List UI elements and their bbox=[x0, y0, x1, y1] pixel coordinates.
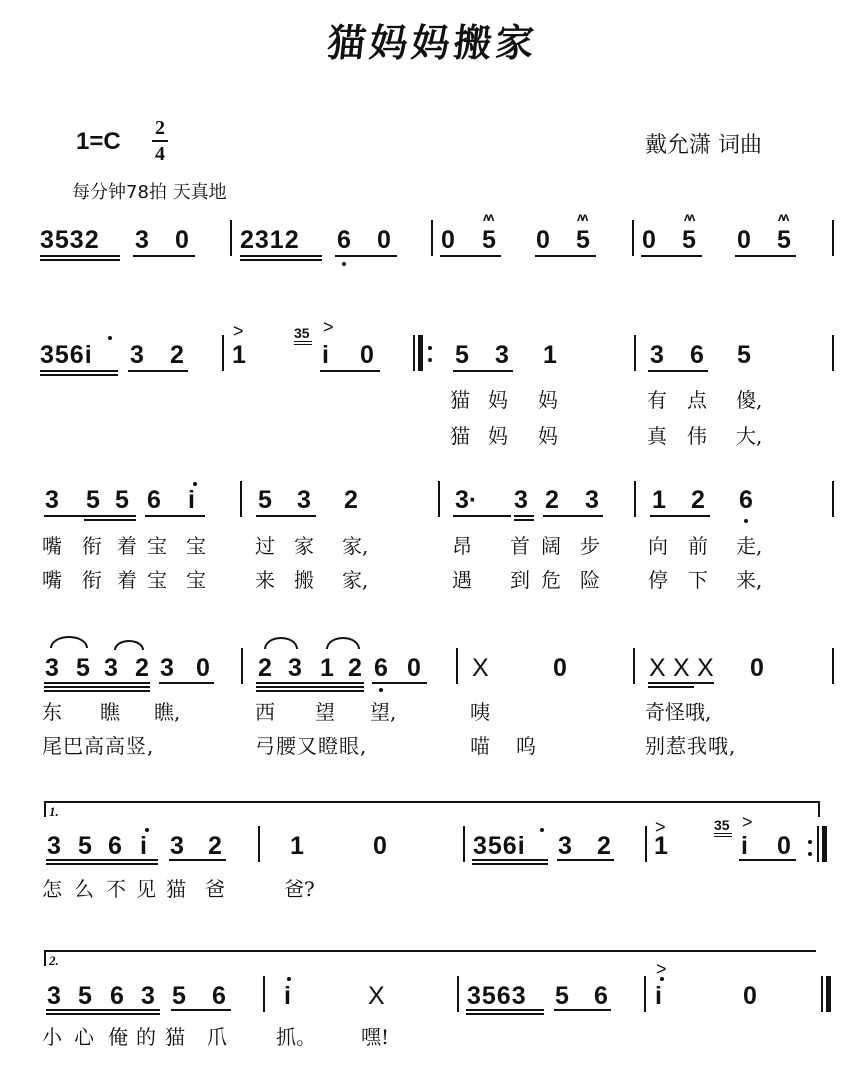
slur bbox=[50, 636, 88, 648]
high-octave-dot bbox=[287, 977, 291, 981]
note: 3 bbox=[297, 486, 311, 514]
note: 0 bbox=[373, 832, 387, 860]
lyric: 步 bbox=[580, 534, 600, 558]
note: 3 bbox=[47, 982, 61, 1010]
barline bbox=[832, 481, 834, 517]
lyric: 西 bbox=[255, 700, 275, 724]
underline bbox=[554, 1009, 611, 1011]
note: 6 bbox=[108, 832, 122, 860]
lyric: 见 bbox=[136, 877, 156, 901]
mordent-icon: ᴧᴧ bbox=[778, 212, 787, 222]
lyric: 心 bbox=[74, 1025, 94, 1049]
lyric: 过 bbox=[255, 534, 275, 558]
underline bbox=[440, 255, 501, 257]
note: 3 bbox=[45, 486, 59, 514]
grace-underline bbox=[714, 836, 732, 837]
note: 2 bbox=[208, 832, 222, 860]
lyric: 别惹我哦, bbox=[645, 734, 736, 758]
note: 5 bbox=[455, 341, 469, 369]
note: 5 bbox=[777, 226, 791, 254]
volta-bracket-2 bbox=[44, 950, 816, 966]
note-group: 356i bbox=[40, 341, 93, 369]
underline bbox=[648, 686, 694, 688]
note: 6 bbox=[337, 226, 351, 254]
high-octave-dot bbox=[193, 482, 197, 486]
lyric: 妈 bbox=[538, 388, 558, 412]
underline bbox=[159, 682, 214, 684]
repeat-start-thin bbox=[413, 335, 415, 371]
lyric: 来 bbox=[255, 568, 275, 592]
slur bbox=[114, 640, 144, 650]
note: 5 bbox=[482, 226, 496, 254]
note: 0 bbox=[377, 226, 391, 254]
lyric: 伟 bbox=[687, 424, 707, 448]
note: X bbox=[673, 654, 690, 682]
barline bbox=[832, 220, 834, 256]
final-barline-thick bbox=[826, 976, 831, 1012]
note: i bbox=[284, 982, 291, 1010]
barline bbox=[633, 648, 635, 684]
barline bbox=[222, 335, 224, 371]
note: 5 bbox=[172, 982, 186, 1010]
barline bbox=[438, 481, 440, 517]
lyric: 家, bbox=[342, 568, 368, 592]
underline bbox=[84, 519, 136, 521]
repeat-start-thick bbox=[418, 335, 423, 371]
mordent-icon: ᴧᴧ bbox=[684, 212, 693, 222]
underline bbox=[472, 863, 548, 865]
grace-underline bbox=[294, 341, 312, 342]
lyric: 咦 bbox=[470, 700, 490, 724]
barline bbox=[644, 976, 646, 1012]
note: 3 bbox=[104, 654, 118, 682]
note: 0 bbox=[737, 226, 751, 254]
lyric: 有 bbox=[647, 388, 667, 412]
underline bbox=[240, 259, 322, 261]
underline bbox=[453, 370, 513, 372]
note: X bbox=[472, 654, 489, 682]
underline bbox=[650, 515, 710, 517]
underline bbox=[40, 259, 120, 261]
high-octave-dot bbox=[540, 828, 544, 832]
note: 0 bbox=[750, 654, 764, 682]
barline bbox=[634, 481, 636, 517]
grace-notes: 35 bbox=[294, 326, 310, 340]
lyric: 妈 bbox=[538, 424, 558, 448]
underline bbox=[46, 1009, 160, 1011]
lyric: 下 bbox=[688, 568, 708, 592]
song-title: 猫妈妈搬家 bbox=[0, 12, 866, 67]
note: X bbox=[697, 654, 714, 682]
underline bbox=[472, 859, 548, 861]
note-group: 3563 bbox=[467, 982, 527, 1010]
lyric: 抓。 bbox=[276, 1025, 316, 1049]
underline bbox=[40, 255, 120, 257]
note: 3 bbox=[130, 341, 144, 369]
underline bbox=[739, 859, 796, 861]
lyric: 家 bbox=[294, 534, 314, 558]
note: 3 bbox=[47, 832, 61, 860]
composer-credit: 戴允潇 词曲 bbox=[645, 128, 762, 159]
barline bbox=[230, 220, 232, 256]
lyric: 嘿! bbox=[361, 1025, 389, 1049]
lyric: 着 bbox=[117, 568, 137, 592]
lyric: 么 bbox=[74, 877, 94, 901]
lyric: 衔 bbox=[82, 534, 102, 558]
lyric: 前 bbox=[688, 534, 708, 558]
accent-icon: > bbox=[742, 813, 753, 831]
barline bbox=[632, 220, 634, 256]
underline bbox=[320, 370, 380, 372]
low-octave-dot bbox=[342, 262, 346, 266]
underline bbox=[557, 859, 614, 861]
lyric: 阔 bbox=[541, 534, 561, 558]
lyric: 怎 bbox=[42, 877, 62, 901]
note: 0 bbox=[536, 226, 550, 254]
note: 6 bbox=[110, 982, 124, 1010]
note-group: 356i bbox=[473, 832, 526, 860]
slur bbox=[264, 637, 298, 649]
lyric: 宝 bbox=[186, 568, 206, 592]
underline bbox=[40, 374, 118, 376]
underline bbox=[46, 859, 158, 861]
note-group: 3532 bbox=[40, 226, 100, 254]
lyric: 着 bbox=[117, 534, 137, 558]
underline bbox=[735, 255, 796, 257]
repeat-dot bbox=[808, 840, 812, 844]
underline bbox=[240, 255, 322, 257]
underline bbox=[169, 859, 226, 861]
note: X bbox=[649, 654, 666, 682]
underline bbox=[46, 863, 158, 865]
underline bbox=[145, 515, 205, 517]
note: 3 bbox=[45, 654, 59, 682]
note: 2 bbox=[597, 832, 611, 860]
barline bbox=[832, 648, 834, 684]
underline bbox=[46, 1013, 160, 1015]
note: 5 bbox=[576, 226, 590, 254]
lyric: 呜 bbox=[516, 734, 536, 758]
note: 0 bbox=[407, 654, 421, 682]
underline bbox=[648, 370, 708, 372]
underline bbox=[466, 1013, 544, 1015]
accent-icon: > bbox=[656, 960, 667, 978]
note: 1 bbox=[320, 654, 334, 682]
grace-notes: 35 bbox=[714, 818, 730, 832]
underline bbox=[535, 255, 596, 257]
underline bbox=[256, 686, 364, 688]
note: X bbox=[368, 982, 385, 1010]
high-octave-dot bbox=[108, 336, 112, 340]
lyric: 搬 bbox=[294, 568, 314, 592]
lyric: 爪 bbox=[207, 1025, 227, 1049]
barline bbox=[463, 826, 465, 862]
underline bbox=[171, 1009, 231, 1011]
barline bbox=[832, 335, 834, 371]
note: 3 bbox=[514, 486, 528, 514]
lyric: 真 bbox=[647, 424, 667, 448]
note: 3 bbox=[558, 832, 572, 860]
note: 5 bbox=[555, 982, 569, 1010]
low-octave-dot bbox=[379, 688, 383, 692]
key-text: 1=C bbox=[76, 128, 121, 155]
note: 5 bbox=[86, 486, 100, 514]
underline bbox=[44, 515, 136, 517]
note: 3 bbox=[135, 226, 149, 254]
time-sig-top: 2 bbox=[155, 117, 165, 139]
note: 6 bbox=[739, 486, 753, 514]
note: 2 bbox=[545, 486, 559, 514]
note: 5 bbox=[78, 832, 92, 860]
grace-underline bbox=[294, 344, 312, 345]
note: 3 bbox=[650, 341, 664, 369]
note: 5 bbox=[258, 486, 272, 514]
underline bbox=[453, 515, 511, 517]
lyric: 爸? bbox=[284, 877, 315, 901]
lyric: 弓腰又瞪眼, bbox=[255, 734, 367, 758]
lyric: 向 bbox=[648, 534, 668, 558]
lyric: 点 bbox=[687, 388, 707, 412]
note: 3 bbox=[160, 654, 174, 682]
underline bbox=[256, 682, 364, 684]
volta-label: 2. bbox=[49, 953, 59, 969]
lyric: 瞧, bbox=[154, 700, 180, 724]
note: 0 bbox=[441, 226, 455, 254]
lyric: 猫 bbox=[165, 1025, 185, 1049]
note: 3 bbox=[288, 654, 302, 682]
underline bbox=[372, 682, 427, 684]
underline bbox=[128, 370, 188, 372]
note: 2 bbox=[135, 654, 149, 682]
barline bbox=[457, 976, 459, 1012]
high-octave-dot bbox=[660, 977, 664, 981]
note: 0 bbox=[743, 982, 757, 1010]
accent-icon: > bbox=[323, 318, 334, 336]
underline bbox=[648, 682, 714, 684]
underline bbox=[44, 686, 150, 688]
lyric: 小 bbox=[42, 1025, 62, 1049]
key-signature: 1=C bbox=[76, 128, 121, 156]
lyric: 傻, bbox=[736, 388, 762, 412]
note: i bbox=[741, 832, 748, 860]
time-signature: 2 4 bbox=[152, 118, 168, 164]
repeat-dot bbox=[428, 358, 432, 362]
low-octave-dot bbox=[744, 519, 748, 523]
note: 3 bbox=[495, 341, 509, 369]
note: 1 bbox=[652, 486, 666, 514]
underline bbox=[335, 255, 397, 257]
lyric: 奇怪哦, bbox=[645, 700, 711, 724]
lyric: 望, bbox=[370, 700, 396, 724]
lyric: 宝 bbox=[186, 534, 206, 558]
underline bbox=[641, 255, 702, 257]
repeat-dot bbox=[808, 852, 812, 856]
mordent-icon: ᴧᴧ bbox=[577, 212, 586, 222]
note: 1 bbox=[232, 341, 246, 369]
lyric: 来, bbox=[736, 568, 762, 592]
note: 1 bbox=[543, 341, 557, 369]
tempo-marking: 每分钟78拍 天真地 bbox=[72, 178, 227, 204]
note: i bbox=[140, 832, 147, 860]
note: 2 bbox=[348, 654, 362, 682]
lyric: 嘴 bbox=[42, 534, 62, 558]
lyric: 宝 bbox=[147, 568, 167, 592]
lyric: 妈 bbox=[488, 424, 508, 448]
lyric: 猫 bbox=[450, 388, 470, 412]
lyric: 爸 bbox=[205, 877, 225, 901]
lyric: 到 bbox=[510, 568, 530, 592]
barline bbox=[645, 826, 647, 862]
note: 0 bbox=[777, 832, 791, 860]
note: 6 bbox=[147, 486, 161, 514]
note: i bbox=[655, 982, 662, 1010]
lyric: 遇 bbox=[452, 568, 472, 592]
mordent-icon: ᴧᴧ bbox=[483, 212, 492, 222]
volta-label: 1. bbox=[49, 804, 59, 820]
note: i bbox=[188, 486, 195, 514]
repeat-dot bbox=[428, 346, 432, 350]
lyric: 昂 bbox=[452, 534, 472, 558]
note: 5 bbox=[76, 654, 90, 682]
lyric: 不 bbox=[106, 877, 126, 901]
lyric: 东 bbox=[42, 700, 62, 724]
note: 0 bbox=[642, 226, 656, 254]
underline bbox=[40, 370, 118, 372]
lyric: 首 bbox=[510, 534, 530, 558]
underline bbox=[133, 255, 195, 257]
time-sig-bottom: 4 bbox=[155, 143, 165, 165]
lyric: 瞧 bbox=[100, 700, 120, 724]
note: 2 bbox=[691, 486, 705, 514]
lyric: 喵 bbox=[470, 734, 490, 758]
time-sig-bar bbox=[152, 140, 168, 142]
note: 2 bbox=[258, 654, 272, 682]
lyric: 停 bbox=[648, 568, 668, 592]
barline bbox=[431, 220, 433, 256]
note: 3 bbox=[585, 486, 599, 514]
high-octave-dot bbox=[145, 828, 149, 832]
barline bbox=[263, 976, 265, 1012]
note: 1 bbox=[290, 832, 304, 860]
lyric: 宝 bbox=[147, 534, 167, 558]
barline bbox=[456, 648, 458, 684]
note: 6 bbox=[690, 341, 704, 369]
underline bbox=[44, 690, 150, 692]
lyric: 家, bbox=[342, 534, 368, 558]
repeat-end-thick bbox=[822, 826, 827, 862]
barline bbox=[258, 826, 260, 862]
lyric: 望 bbox=[315, 700, 335, 724]
note-group: 2312 bbox=[240, 226, 300, 254]
note: 6 bbox=[374, 654, 388, 682]
lyric: 嘴 bbox=[42, 568, 62, 592]
underline bbox=[466, 1009, 544, 1011]
lyric: 尾巴高高竖, bbox=[42, 734, 154, 758]
volta-bracket-1 bbox=[44, 801, 820, 817]
lyric: 猫 bbox=[450, 424, 470, 448]
repeat-end-thin bbox=[817, 826, 819, 862]
note: 5 bbox=[682, 226, 696, 254]
underline bbox=[514, 515, 534, 517]
note: 3 bbox=[141, 982, 155, 1010]
lyric: 险 bbox=[580, 568, 600, 592]
slur bbox=[326, 637, 360, 649]
lyric: 危 bbox=[541, 568, 561, 592]
note: 0 bbox=[175, 226, 189, 254]
underline bbox=[44, 682, 150, 684]
note: 3· bbox=[455, 486, 477, 514]
note: 3 bbox=[170, 832, 184, 860]
note: 0 bbox=[553, 654, 567, 682]
lyric: 妈 bbox=[488, 388, 508, 412]
note: 2 bbox=[170, 341, 184, 369]
barline bbox=[241, 648, 243, 684]
lyric: 俺 bbox=[108, 1025, 128, 1049]
final-barline-thin bbox=[821, 976, 823, 1012]
lyric: 的 bbox=[136, 1025, 156, 1049]
note: 0 bbox=[360, 341, 374, 369]
underline bbox=[256, 515, 316, 517]
note: 5 bbox=[78, 982, 92, 1010]
lyric: 猫 bbox=[166, 877, 186, 901]
underline bbox=[543, 515, 603, 517]
accent-icon: > bbox=[233, 322, 244, 340]
note: 0 bbox=[196, 654, 210, 682]
note: 5 bbox=[115, 486, 129, 514]
note: 5 bbox=[737, 341, 751, 369]
lyric: 走, bbox=[736, 534, 762, 558]
lyric: 衔 bbox=[82, 568, 102, 592]
barline bbox=[240, 481, 242, 517]
grace-underline bbox=[714, 833, 732, 834]
note: 6 bbox=[212, 982, 226, 1010]
underline bbox=[256, 690, 364, 692]
underline bbox=[514, 519, 534, 521]
note: 1 bbox=[654, 832, 668, 860]
note: 6 bbox=[594, 982, 608, 1010]
lyric: 大, bbox=[736, 424, 762, 448]
note: i bbox=[322, 341, 329, 369]
barline bbox=[634, 335, 636, 371]
note: 2 bbox=[344, 486, 358, 514]
